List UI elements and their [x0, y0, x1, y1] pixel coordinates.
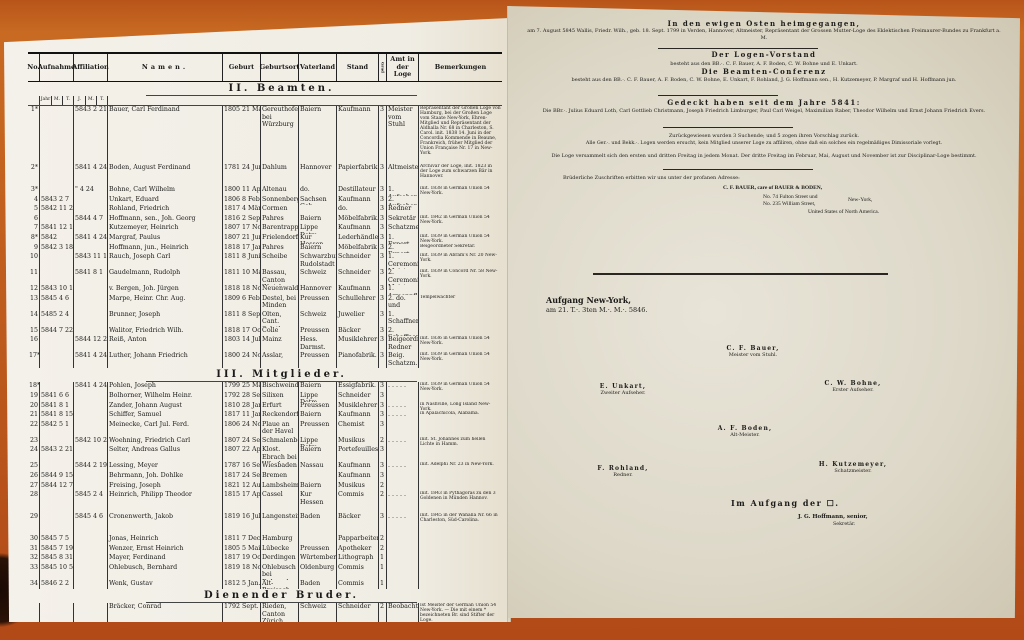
cell-geb: 1818 17 Jan.: [223, 244, 261, 254]
cell-geb: 1811 10 Mai: [223, 269, 261, 285]
cell-amt: [387, 580, 419, 590]
cell-no: 30: [28, 535, 40, 545]
cell-vat: Oldenburg: [299, 564, 337, 580]
cell-geb: 1807 22 April: [223, 446, 261, 462]
cell-amt: Schatzmeist.: [387, 224, 419, 234]
cell-bem: Ist Meister der German Union 54 New-York…: [419, 603, 502, 622]
cell-stand: Kaufmann: [337, 106, 379, 164]
cell-vat: Baiern: [299, 446, 337, 462]
cell-vat: [299, 535, 337, 545]
cell-ort: Lambsheim: [261, 482, 299, 492]
cell-aff: [74, 603, 108, 622]
header-grad: Grad: [379, 54, 387, 81]
cell-geb: 1809 6 Febr.: [223, 295, 261, 311]
cell-bem: [419, 545, 502, 555]
cell-no: 31: [28, 545, 40, 555]
cell-vat: Baden: [299, 513, 337, 535]
cell-name: Freising, Joseph: [108, 482, 223, 492]
secretary-role: Sekretär.: [508, 521, 1020, 529]
cell-aff: 5841 4 24: [74, 234, 108, 244]
cell-amt: . . . . .: [387, 382, 419, 392]
divider: [663, 127, 793, 128]
cell-aff: [74, 196, 108, 206]
cell-amt: Beig. Schatzm.: [387, 352, 419, 368]
cell-grad: 1: [379, 580, 387, 590]
cell-ort: Bischweind: [261, 382, 299, 392]
cell-ort: Rieden, Canton Zürich: [261, 603, 299, 622]
cell-stand: Destillateur: [337, 186, 379, 196]
cell-aff: 5843 11 19: [74, 253, 108, 269]
divider: [663, 169, 813, 170]
cell-amt: 1. Ceremonien-Meister: [387, 253, 419, 269]
cell-grad: 3: [379, 106, 387, 164]
cell-aff: 5841 8 1: [74, 269, 108, 285]
cell-grad: 3: [379, 402, 387, 412]
cell-stand: Kaufmann: [337, 462, 379, 472]
cell-auf: 5841 8 1: [40, 402, 74, 412]
cell-aff: 5842 10 2: [74, 437, 108, 447]
cell-geb: 1811 8 Juni: [223, 253, 261, 269]
cell-grad: 3: [379, 311, 387, 327]
konferenz-text: besteht aus den BB.·. C. F. Bauer, A. F.…: [508, 77, 1020, 84]
cell-grad: 3: [379, 164, 387, 186]
cell-no: 4: [28, 196, 40, 206]
cell-auf: [40, 269, 74, 285]
cell-auf: 5844 12 7: [40, 482, 74, 492]
cell-vat: Hannover: [299, 285, 337, 295]
cell-bem: [419, 564, 502, 580]
cell-ort: Alt-Breisach: [261, 580, 299, 590]
signature-boden: A. F. Boden,Alt-Meister.: [695, 425, 795, 438]
cell-stand: Musiklehrer: [337, 336, 379, 352]
table-row: 205841 8 1Zander, Johann August1810 28 J…: [28, 402, 502, 412]
cell-no: 5: [28, 205, 40, 215]
signature-role: Erster Aufseher.: [803, 387, 903, 393]
cell-ort: Bremen: [261, 472, 299, 482]
cell-geb: 1811 7 Dec.: [223, 535, 261, 545]
cell-no: 22: [28, 421, 40, 437]
cell-amt: 2. Ceremonien-Meister: [387, 269, 419, 285]
cell-amt: 1. Aufseher: [387, 186, 419, 196]
cell-geb: 1812 5 Jan.: [223, 580, 261, 590]
cell-grad: 3: [379, 327, 387, 337]
cell-name: Reiß, Anton: [108, 336, 223, 352]
cell-auf: [40, 462, 74, 472]
cell-vat: Baiern: [299, 215, 337, 225]
table-row: 8*58425841 4 24Margraf, Paulus1807 21 Ju…: [28, 234, 502, 244]
table-row: 235842 10 2Woehning, Friedrich Carl1807 …: [28, 437, 502, 447]
cell-bem: [419, 224, 502, 234]
table-row: 245843 2 21Selter, Andreas Gallus1807 22…: [28, 446, 502, 462]
cell-name: Jonas, Heinrich: [108, 535, 223, 545]
signature-role: Alt-Meister.: [695, 432, 795, 438]
cell-geb: 1806 24 Nov.: [223, 421, 261, 437]
cell-bem: init. 1839 in Concord Nr. 58 New-York.: [419, 269, 502, 285]
cell-amt: [387, 421, 419, 437]
cell-no: 21: [28, 411, 40, 421]
cell-grad: 3: [379, 382, 387, 392]
signature-name: H. Kutzemeyer,: [819, 461, 887, 468]
cell-geb: 1817 24 Sept.: [223, 472, 261, 482]
cell-vat: Sachsen Cob.: [299, 196, 337, 206]
cell-bem: init. 1839 in Abram's Nr. 20 New-York.: [419, 253, 502, 269]
header-stand: Stand: [337, 54, 379, 81]
cell-geb: 1819 16 Juli: [223, 513, 261, 535]
aufgang-date: am 21. T.·. 3ten M.·. M.·. 5846.: [508, 306, 1020, 314]
vorstand-title: Der Logen-Vorstand: [508, 51, 1020, 59]
table-row: 1*5843 2 21Bauer, Carl Ferdinand1805 21 …: [28, 106, 502, 164]
konferenz-title: Die Beamten-Conferenz: [508, 68, 1020, 76]
cell-geb: 1818 18 Nov.: [223, 285, 261, 295]
header-amt: Amt in der Loge: [387, 54, 419, 81]
cell-bem: [419, 446, 502, 462]
cell-geb: 1819 18 Nov.: [223, 564, 261, 580]
cell-bem: Repräsentant der Großen Loge von Hamburg…: [419, 106, 502, 164]
table-row: 265844 9 15Behrmann, Joh. Dohlke1817 24 …: [28, 472, 502, 482]
cell-name: Ohlebusch, Bernhard: [108, 564, 223, 580]
cell-stand: Musikus: [337, 437, 379, 447]
cell-ort: Ohlebusch bei Delmenhorst: [261, 564, 299, 580]
cell-geb: 1800 11 April: [223, 186, 261, 196]
table-row: 305845 7 5Jonas, Heinrich1811 7 Dec.Hamb…: [28, 535, 502, 545]
signature-role: Zweiter Aufseher.: [573, 390, 673, 396]
cell-grad: 3: [379, 196, 387, 206]
cell-auf: 5841 12 18: [40, 224, 74, 234]
cell-ort: Pahres: [261, 215, 299, 225]
cell-name: Lessing, Meyer: [108, 462, 223, 472]
cell-aff: [74, 472, 108, 482]
cell-vat: Kur Hessen: [299, 491, 337, 513]
cell-vat: Lippe Detm.: [299, 437, 337, 447]
cell-vat: Baiern: [299, 106, 337, 164]
cell-bem: Tempelwächter: [419, 295, 502, 311]
cell-no: 6: [28, 215, 40, 225]
date-subheader: JahrM.T.J.M.T.: [28, 96, 502, 106]
table-row: 145485 2 4Brunner, Joseph1811 8 Sept.Olt…: [28, 311, 502, 327]
cell-grad: 3: [379, 295, 387, 311]
cell-stand: Papparbeiter: [337, 535, 379, 545]
signature-bauer: C. F. Bauer,Meister vom Stuhl.: [703, 345, 803, 358]
table-row: Bräcker, Conrad1792 Sept.Rieden, Canton …: [28, 603, 502, 622]
cell-aff: " 4 24: [74, 186, 108, 196]
table-row: 65844 4 7Hoffmann, sen., Joh. Georg1816 …: [28, 215, 502, 225]
cell-no: 29: [28, 513, 40, 535]
table-row: 45843 2 7Unkart, Eduard1806 8 Febr.Sonne…: [28, 196, 502, 206]
cell-no: 8*: [28, 234, 40, 244]
cell-aff: 5844 2 19: [74, 462, 108, 472]
table-row: 2*5841 4 24Boden, August Ferdinand1781 2…: [28, 164, 502, 186]
cell-no: 10: [28, 253, 40, 269]
table-row: 215841 8 15Schiffer, Samuel1817 11 Jan.R…: [28, 411, 502, 421]
cell-grad: 2: [379, 491, 387, 513]
cell-amt: Beobachter: [387, 603, 419, 622]
cell-bem: init. 1839 in German Union 54 New-York.: [419, 352, 502, 368]
cell-geb: 1807 21 Juni: [223, 234, 261, 244]
secretary-name: J. G. Hoffmann, senior,: [508, 513, 1020, 521]
subheader-cell: Jahr: [40, 96, 52, 105]
aufgang-title: Aufgang New-York,: [508, 296, 1020, 304]
cell-geb: 1787 16 Sept.: [223, 462, 261, 472]
cell-geb: 1810 28 Jan.: [223, 402, 261, 412]
signature-unkart: E. Unkart,Zweiter Aufseher.: [573, 383, 673, 396]
cell-ort: Frielendorf: [261, 234, 299, 244]
cell-name: Bräcker, Conrad: [108, 603, 223, 622]
cell-name: Bolhorner, Wilhelm Heinr.: [108, 392, 223, 402]
cell-no: 14: [28, 311, 40, 327]
divider: [593, 273, 888, 275]
cell-vat: do.: [299, 186, 337, 196]
cell-no: 12: [28, 285, 40, 295]
cell-amt: [387, 392, 419, 402]
cell-no: 11: [28, 269, 40, 285]
cell-name: Mayer, Ferdinand: [108, 554, 223, 564]
cell-bem: [419, 554, 502, 564]
cell-stand: Kaufmann: [337, 224, 379, 234]
cell-aff: [74, 545, 108, 555]
cell-auf: [40, 215, 74, 225]
cell-ort: Plaue an der Havel: [261, 421, 299, 437]
cell-geb: 1821 12 Aug.: [223, 482, 261, 492]
cell-grad: 3: [379, 253, 387, 269]
cell-name: Gaudelmann, Rudolph: [108, 269, 223, 285]
cell-amt: . . . . .: [387, 462, 419, 472]
cell-auf: 5842: [40, 234, 74, 244]
cell-name: Hoffmann, sen., Joh. Georg: [108, 215, 223, 225]
cell-name: Marpe, Heinr. Chr. Aug.: [108, 295, 223, 311]
cell-stand: Commis: [337, 491, 379, 513]
cell-amt: 2. do. und: [387, 295, 419, 311]
cell-vat: [299, 472, 337, 482]
cell-geb: 1805 5 Mai: [223, 545, 261, 555]
cell-amt: [387, 472, 419, 482]
cell-bem: init. 1842 in German Union 54 New-York.: [419, 215, 502, 225]
cell-ort: Colle: [261, 327, 299, 337]
cell-name: Brunner, Joseph: [108, 311, 223, 327]
gedeckt-title: Gedeckt haben seit dem Jahre 5841:: [508, 99, 1020, 107]
cell-grad: 3: [379, 352, 387, 368]
zurueck-line2: Alle Ger.·. und Bekk.·. Logen werden ers…: [508, 140, 1020, 148]
cell-name: Selter, Andreas Gallus: [108, 446, 223, 462]
cell-stand: Lithograph: [337, 554, 379, 564]
cell-auf: 5842 3 18: [40, 244, 74, 254]
cell-auf: [40, 513, 74, 535]
cell-amt: 2. Expert: [387, 244, 419, 254]
cell-bem: init. 1839 in German Union 54 New-York.: [419, 234, 502, 244]
cell-ort: Lübecke: [261, 545, 299, 555]
cell-geb: 1799 25 März: [223, 382, 261, 392]
cell-bem: init. Adelphi Nr. 23 in New-York.: [419, 462, 502, 472]
cell-amt: . . . . .: [387, 491, 419, 513]
cell-aff: 5841 4 24: [74, 164, 108, 186]
header-affiliation: Affiliation: [74, 54, 108, 81]
cell-auf: 5843 2 7: [40, 196, 74, 206]
cell-geb: 1803 14 Juli: [223, 336, 261, 352]
cell-amt: Meister vom Stuhl: [387, 106, 419, 164]
cell-ort: Neuenwalde: [261, 285, 299, 295]
cell-grad: 3: [379, 234, 387, 244]
cell-name: Margraf, Paulus: [108, 234, 223, 244]
cell-name: Unkart, Eduard: [108, 196, 223, 206]
cell-grad: 3: [379, 462, 387, 472]
cell-auf: [40, 437, 74, 447]
cell-bem: [419, 472, 502, 482]
cell-vat: Preussen: [299, 327, 337, 337]
cell-vat: Preussen: [299, 352, 337, 368]
cell-auf: 5845 8 31: [40, 554, 74, 564]
cell-aff: [74, 421, 108, 437]
table-row: 155844 7 22Walitor, Friedrich Wilh.1818 …: [28, 327, 502, 337]
cell-name: Wenzer, Ernst Heinrich: [108, 545, 223, 555]
cell-stand: Möbelfabrik: [337, 244, 379, 254]
cell-bem: in Apalachicola, Alabama.: [419, 411, 502, 421]
cell-stand: Pianofabrik.: [337, 352, 379, 368]
cell-stand: Commis: [337, 580, 379, 590]
cell-amt: . . . . .: [387, 402, 419, 412]
cell-aff: [74, 564, 108, 580]
cell-name: Kutzemeyer, Heinrich: [108, 224, 223, 234]
cell-aff: [74, 311, 108, 327]
cell-vat: Nassau: [299, 462, 337, 472]
table-row: 3*" 4 24Bohne, Carl Wilhelm1800 11 April…: [28, 186, 502, 196]
cell-bem: [419, 327, 502, 337]
cell-bem: [419, 285, 502, 295]
cell-bem: [419, 421, 502, 437]
cell-auf: [40, 491, 74, 513]
cell-grad: 3: [379, 186, 387, 196]
cell-stand: Kaufmann: [337, 411, 379, 421]
cell-vat: Schweiz: [299, 269, 337, 285]
subheader-cell: T.: [63, 96, 74, 105]
cell-no: 34: [28, 580, 40, 590]
cell-auf: [40, 603, 74, 622]
divider: [658, 48, 818, 49]
signature-name: E. Unkart,: [600, 383, 646, 390]
cell-name: Rohland, Friedrich: [108, 205, 223, 215]
cell-aff: [74, 295, 108, 311]
cell-ort: Dahlum: [261, 164, 299, 186]
cell-no: 3*: [28, 186, 40, 196]
closing-line: Im Aufgang der ☐.: [508, 499, 1020, 507]
cell-vat: Schweiz: [299, 311, 337, 327]
cell-name: Luther, Johann Friedrich: [108, 352, 223, 368]
cell-geb: 1811 8 Sept.: [223, 311, 261, 327]
cell-no: 27: [28, 482, 40, 492]
cell-ort: Gereuthofen bei Würzburg: [261, 106, 299, 164]
cell-no: 19: [28, 392, 40, 402]
cell-stand: Lederhändler: [337, 234, 379, 244]
cell-grad: 2: [379, 603, 387, 622]
cell-no: 26: [28, 472, 40, 482]
cell-no: 28: [28, 491, 40, 513]
table-row: 195841 6 6Bolhorner, Wilhelm Heinr.1792 …: [28, 392, 502, 402]
left-page-member-register: No. Aufnahme Affiliation Namen. Geburt G…: [4, 18, 510, 622]
cell-name: Rauch, Joseph Carl: [108, 253, 223, 269]
header-namen: Namen.: [108, 54, 223, 81]
cell-ort: Destel, bei Minden: [261, 295, 299, 311]
cell-no: 9: [28, 244, 40, 254]
cell-geb: 1817 11 Jan.: [223, 411, 261, 421]
cell-bem: init. 1843 in Pythagoras zu den 3 Golden…: [419, 491, 502, 513]
address-name: C. F. BAUER, care of BAUER & BODEN,: [508, 184, 1020, 192]
signature-name: C. W. Bohne,: [825, 380, 882, 387]
address-country: United States of North America.: [508, 208, 1020, 216]
cell-auf: 5841 8 15: [40, 411, 74, 421]
cell-no: 25: [28, 462, 40, 472]
cell-auf: 5842 11 20: [40, 205, 74, 215]
cell-bem: [419, 392, 502, 402]
cell-auf: [40, 164, 74, 186]
cell-aff: [74, 244, 108, 254]
cell-aff: [74, 535, 108, 545]
cell-grad: 3: [379, 336, 387, 352]
cell-vat: Würtemberg: [299, 554, 337, 564]
cell-grad: 3: [379, 513, 387, 535]
cell-grad: 3: [379, 446, 387, 462]
cell-auf: 5845 7 19: [40, 545, 74, 555]
signature-rohland: F. Rohland,Redner.: [573, 465, 673, 478]
cell-vat: Preussen: [299, 421, 337, 437]
cell-amt: [387, 535, 419, 545]
cell-name: Hoffmann, jun., Heinrich: [108, 244, 223, 254]
cell-amt: [387, 446, 419, 462]
cell-stand: Musikus: [337, 482, 379, 492]
cell-stand: Schneider: [337, 603, 379, 622]
table-row: 295845 4 6Cronenwerth, Jakob1819 16 Juli…: [28, 513, 502, 535]
cell-bem: [419, 311, 502, 327]
table-row: 255844 2 19Lessing, Meyer1787 16 Sept.Wi…: [28, 462, 502, 472]
cell-ort: Scheibe: [261, 253, 299, 269]
cell-no: 16: [28, 336, 40, 352]
cell-grad: 2: [379, 535, 387, 545]
table-row: 325845 8 31Mayer, Ferdinand1817 19 Octb.…: [28, 554, 502, 564]
signature-name: C. F. Bauer,: [726, 345, 779, 352]
cell-ort: Silixen: [261, 392, 299, 402]
subheader-cell: M.: [86, 96, 97, 105]
cell-ort: Reckendorf: [261, 411, 299, 421]
cell-aff: 5841 4 24: [74, 382, 108, 392]
cell-bem: [419, 580, 502, 590]
signature-name: F. Rohland,: [597, 465, 648, 472]
member-table: No. Aufnahme Affiliation Namen. Geburt G…: [28, 52, 502, 622]
cell-name: Woehning, Friedrich Carl: [108, 437, 223, 447]
cell-bem: in Nashville, Long Island New-York.: [419, 402, 502, 412]
signature-name: A. F. Boden,: [718, 425, 773, 432]
cell-bem: [419, 196, 502, 206]
cell-aff: [74, 285, 108, 295]
cell-auf: [40, 186, 74, 196]
cell-aff: 5844 4 7: [74, 215, 108, 225]
cell-aff: 5845 2 4: [74, 491, 108, 513]
cell-aff: [74, 327, 108, 337]
table-row: 115841 8 1Gaudelmann, Rudolph1811 10 Mai…: [28, 269, 502, 285]
cell-auf: [40, 253, 74, 269]
cell-geb: 1815 17 April: [223, 491, 261, 513]
obituary-title: In den ewigen Osten heimgegangen,: [508, 20, 1020, 28]
cell-name: Bauer, Carl Ferdinand: [108, 106, 223, 164]
cell-stand: Chemist: [337, 421, 379, 437]
cell-stand: Schneider: [337, 392, 379, 402]
cell-grad: 2: [379, 482, 387, 492]
cell-grad: 2: [379, 545, 387, 555]
cell-bem: [419, 482, 502, 492]
cell-amt: Beigeordneter Redner: [387, 336, 419, 352]
cell-ort: Derdingen: [261, 554, 299, 564]
cell-ort: Schmalenberg: [261, 437, 299, 447]
cell-vat: Schwarzburg-Rudolstadt: [299, 253, 337, 269]
header-vaterland: Vaterland: [299, 54, 337, 81]
cell-vat: Baiern: [299, 482, 337, 492]
cell-stand: Bäcker: [337, 513, 379, 535]
